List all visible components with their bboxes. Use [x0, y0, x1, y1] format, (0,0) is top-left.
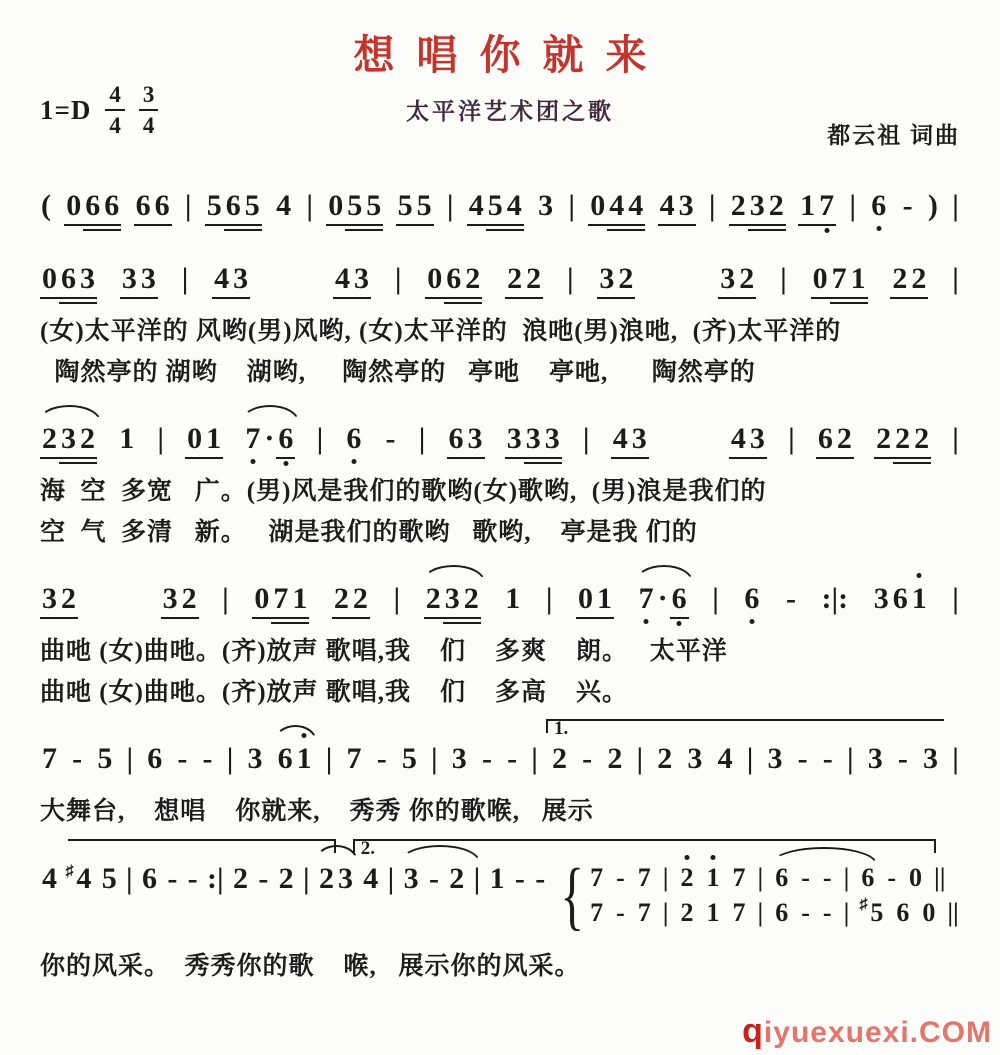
note-char: 7: [243, 422, 262, 455]
note-char: 3: [748, 189, 767, 222]
note-char: 3: [630, 422, 649, 455]
note-group: 071: [252, 582, 309, 615]
score: (06666|5654|05555|4543|04443|23217|6-)|0…: [40, 164, 960, 983]
barline: |: [757, 864, 765, 893]
note-char: 3: [352, 262, 371, 295]
note-group: -: [70, 742, 84, 775]
note-char: 3: [536, 189, 555, 222]
note-char: 1: [798, 189, 817, 222]
note-group: ♯5: [859, 899, 885, 928]
note-group: 7·6: [243, 422, 295, 455]
note-char: 3: [161, 582, 180, 615]
note-char: 2: [655, 742, 674, 775]
note-char: 2: [616, 262, 635, 295]
note-group: 0: [920, 899, 937, 928]
music-line-6: 2.4♯45|6--:|2-2|234|3-2|1--{7-7|217|6--|…: [40, 837, 960, 945]
note-char: 3: [597, 262, 616, 295]
high-octave-dot: [917, 573, 922, 578]
note-group: 6: [742, 582, 761, 615]
note-group: -: [533, 862, 547, 895]
note-group: 2: [550, 742, 569, 775]
time-signature-4-4: 4 4: [105, 83, 125, 137]
note-char: -: [614, 899, 627, 928]
note-char: 3: [336, 862, 355, 895]
note-group: 3: [402, 862, 421, 895]
note-char: 0: [185, 422, 204, 455]
note-char: -: [821, 864, 834, 893]
barline: |: [430, 742, 439, 775]
note-group: 6: [859, 864, 876, 893]
note-char: 1: [705, 899, 722, 928]
barline: ||: [933, 864, 946, 893]
two-voice-block: {7-7|217|6--|6-0||7-7|217|6--|♯560||: [554, 862, 960, 930]
note-char: 4: [467, 189, 486, 222]
note-group: 5: [95, 742, 114, 775]
music-line-3: 2321|017·6|6-|63333|4343|62222|: [40, 397, 960, 470]
note-char: -: [256, 862, 270, 895]
note-char: 0: [811, 262, 830, 295]
notation-row: (06666|5654|05555|4543|04443|23217|6-)|: [40, 189, 960, 222]
note-char: 7: [636, 864, 653, 893]
note-group: 3: [685, 742, 704, 775]
barline: |: [843, 864, 851, 893]
note-char: 2: [835, 422, 854, 455]
note-char: 2: [424, 582, 443, 615]
note-group: 6: [140, 862, 159, 895]
note-char: 7: [731, 864, 748, 893]
header-row: 1=D 4 4 3 4 太平洋艺术团之歌 都云祖 词曲: [40, 83, 960, 150]
note-group: -: [505, 742, 519, 775]
note-group: 43: [658, 189, 696, 222]
note-char: 0: [920, 899, 937, 928]
note-char: 5: [415, 189, 434, 222]
note-char: 3: [921, 742, 940, 775]
barline: ||: [946, 899, 959, 928]
note-char: -: [821, 742, 835, 775]
note-group: 062: [425, 262, 482, 295]
note-char: 3: [402, 862, 421, 895]
note-group: 1: [705, 899, 722, 928]
note-group: -: [821, 864, 834, 893]
barline: ): [927, 189, 939, 222]
lyric-line: 海 空 多宽 广。(男)风是我们的歌哟(女)歌哟, (男)浪是我们的: [40, 476, 960, 509]
note-group: -: [580, 742, 594, 775]
note-group: 6: [894, 899, 911, 928]
barline: |: [951, 742, 960, 775]
note-char: 0: [576, 582, 595, 615]
note-group: 7: [588, 899, 605, 928]
note-group: 22: [505, 262, 543, 295]
note-group: 071: [811, 262, 868, 295]
note-group: 1: [117, 422, 136, 455]
note-char: 5: [486, 189, 505, 222]
barline: |: [418, 422, 427, 455]
note-group: -: [799, 899, 812, 928]
note-char: 4: [274, 189, 293, 222]
note-char: -: [505, 742, 519, 775]
lyric-line: 你的风采。 秀秀你的歌 喉, 展示你的风采。: [40, 951, 960, 984]
note-char: 5: [868, 899, 885, 928]
note-char: 4: [505, 189, 524, 222]
note-char: 2: [605, 742, 624, 775]
note-group: 0: [907, 864, 924, 893]
note-char: 2: [767, 189, 786, 222]
music-line-4: 3232|07122|2321|017·6|6-:|:361|: [40, 557, 960, 630]
notation-row: 3232|07122|2321|017·6|6-:|:361|: [40, 582, 960, 615]
note-char: 2: [550, 742, 569, 775]
note-group: -: [256, 862, 270, 895]
note-char: 2: [180, 582, 199, 615]
note-group: 3: [536, 189, 555, 222]
barline: |: [582, 422, 591, 455]
note-group: -: [165, 862, 179, 895]
note-group: 7: [731, 864, 748, 893]
note-char: 4: [333, 262, 352, 295]
note-group: 565: [205, 189, 262, 222]
barline: |: [184, 189, 193, 222]
note-char: 6: [444, 262, 463, 295]
notation-row: 2321|017·6|6-|63333|4343|62222|: [40, 422, 960, 455]
note-char: 3: [450, 742, 469, 775]
note-group: 4: [40, 862, 59, 895]
ending-bracket: [68, 839, 337, 853]
note-char: -: [821, 899, 834, 928]
note-char: 2: [78, 422, 97, 455]
note-char: 1: [204, 422, 223, 455]
note-group: 01: [576, 582, 614, 615]
note-group: -: [201, 742, 215, 775]
sheet-music-page: 想唱你就来 1=D 4 4 3 4 太平洋艺术团之歌 都云祖 词曲 (06666…: [0, 0, 1000, 1055]
barline: |: [302, 862, 311, 895]
barline: |: [316, 422, 325, 455]
note-group: 62: [816, 422, 854, 455]
note-char: 0: [907, 864, 924, 893]
note-group: 1: [488, 862, 507, 895]
note-group: 32: [597, 262, 635, 295]
note-char: 2: [332, 582, 351, 615]
note-group: -: [821, 899, 834, 928]
note-char: -: [896, 742, 910, 775]
note-group: -: [614, 864, 627, 893]
barline: |: [662, 864, 670, 893]
note-group: 5: [100, 862, 119, 895]
note-char: 7: [830, 262, 849, 295]
barline: |: [393, 582, 402, 615]
low-octave-dot: [876, 226, 881, 231]
note-char: 3: [505, 422, 524, 455]
high-octave-dot: [685, 855, 690, 860]
note-group: 32: [718, 262, 756, 295]
note-char: 3: [748, 422, 767, 455]
note-char: 7: [345, 742, 364, 775]
lower-voice: 7-7|217|6--|♯560||: [588, 899, 960, 928]
note-group: 17: [798, 189, 836, 222]
time-signature-denominator: 4: [109, 111, 121, 137]
barline: |: [394, 262, 403, 295]
note-char: 2: [679, 899, 696, 928]
note-char: 5: [364, 189, 383, 222]
note-group: 361: [872, 582, 929, 615]
barline: |: [635, 742, 644, 775]
note-char: 1: [117, 422, 136, 455]
note-group: 2: [605, 742, 624, 775]
note-char: -: [901, 189, 915, 222]
note-group: 2: [679, 864, 696, 893]
note-group: 32: [40, 582, 78, 615]
note-group: 333: [505, 422, 562, 455]
note-group: 2: [231, 862, 250, 895]
subtitle: 太平洋艺术团之歌: [250, 93, 770, 126]
notation-row: 4♯45|6--:|2-2|234|3-2|1--{7-7|217|6--|6-…: [40, 862, 960, 930]
note-char: 7: [40, 742, 59, 775]
note-char: 4: [626, 189, 645, 222]
note-group: 2: [447, 862, 466, 895]
note-char: 6: [742, 582, 761, 615]
note-char: 2: [277, 862, 296, 895]
note-group: -: [799, 864, 812, 893]
low-octave-dot: [749, 619, 754, 624]
note-char: 2: [463, 262, 482, 295]
note-char: 0: [588, 189, 607, 222]
note-char: 2: [737, 262, 756, 295]
low-octave-dot: [677, 621, 682, 626]
note-char: 6: [224, 189, 243, 222]
note-group: 61: [276, 742, 314, 775]
note-group: 5: [400, 742, 419, 775]
note-char: 4: [361, 862, 380, 895]
voice-brace: {: [560, 862, 584, 930]
note-char: -: [70, 742, 84, 775]
barline: :|:: [821, 582, 850, 615]
note-char: 2: [40, 422, 59, 455]
note-group: 6: [773, 864, 790, 893]
note-char: 3: [40, 582, 59, 615]
music-line-2: 06333|4343|06222|3232|07122|: [40, 237, 960, 310]
time-signature-3-4: 3 4: [139, 83, 159, 137]
note-group: -: [175, 742, 189, 775]
note-char: 6: [816, 422, 835, 455]
note-char: 6: [153, 189, 172, 222]
note-char: -: [784, 582, 798, 615]
note-char: 6: [447, 422, 466, 455]
note-group: 454: [467, 189, 524, 222]
note-group: 3: [921, 742, 940, 775]
notation-row: 06333|4343|06222|3232|07122|: [40, 262, 960, 295]
note-char: 6: [859, 864, 876, 893]
note-char: -: [201, 742, 215, 775]
note-char: 6: [145, 742, 164, 775]
note-char: 3: [765, 742, 784, 775]
note-char: -: [175, 742, 189, 775]
barline: |: [125, 742, 134, 775]
barline: |: [848, 189, 857, 222]
page-title: 想唱你就来: [40, 22, 960, 81]
note-char: 6: [894, 899, 911, 928]
barline: |: [951, 262, 960, 295]
high-octave-dot: [302, 733, 307, 738]
note-group: 43: [333, 262, 371, 295]
note-char: 5: [243, 189, 262, 222]
note-group: -: [885, 864, 898, 893]
note-char: 3: [120, 262, 139, 295]
barline: |: [779, 262, 788, 295]
barline: |: [387, 862, 396, 895]
note-group: 4: [274, 189, 293, 222]
note-char: 4: [658, 189, 677, 222]
note-char: 6: [140, 862, 159, 895]
note-char: -: [480, 742, 494, 775]
barline: |: [787, 422, 796, 455]
note-group: 3: [245, 742, 264, 775]
note-group: -: [186, 862, 200, 895]
note-char: 7: [731, 899, 748, 928]
note-char: 6: [276, 422, 295, 455]
note-group: ♯4: [65, 862, 93, 895]
note-char: 2: [890, 262, 909, 295]
note-group: 01: [185, 422, 223, 455]
note-group: -: [901, 189, 915, 222]
note-group: 3: [765, 742, 784, 775]
note-char: 1: [503, 582, 522, 615]
note-char: -: [427, 862, 441, 895]
note-group: 1: [705, 864, 722, 893]
note-char: 2: [462, 582, 481, 615]
note-group: 044: [588, 189, 645, 222]
barline: |: [711, 582, 720, 615]
low-octave-dot: [824, 228, 829, 233]
note-char: 6: [891, 582, 910, 615]
note-group: 7·6: [637, 582, 689, 615]
lyric-line: 曲吔 (女)曲吔。(齐)放声 歌唱,我 们 多高 兴。: [40, 677, 960, 710]
note-char: 3: [245, 742, 264, 775]
note-char: 3: [524, 422, 543, 455]
note-group: 232: [729, 189, 786, 222]
note-char: 2: [729, 189, 748, 222]
note-char: 3: [59, 422, 78, 455]
note-char: 4: [212, 262, 231, 295]
low-octave-dot: [644, 619, 649, 624]
note-group: 232: [424, 582, 481, 615]
slur-arc: [274, 725, 318, 742]
note-group: 6: [145, 742, 164, 775]
barline: |: [226, 742, 235, 775]
note-char: ·: [656, 582, 670, 615]
barline: (: [40, 189, 52, 222]
note-char: 3: [866, 742, 885, 775]
note-group: -: [614, 899, 627, 928]
barline: |: [125, 862, 134, 895]
note-group: 066: [64, 189, 121, 222]
note-group: -: [513, 862, 527, 895]
note-char: -: [799, 864, 812, 893]
barline: |: [181, 262, 190, 295]
note-group: 33: [120, 262, 158, 295]
note-char: 3: [718, 262, 737, 295]
note-char: 2: [231, 862, 250, 895]
note-char: 2: [893, 422, 912, 455]
note-group: 7: [731, 899, 748, 928]
note-group: -: [375, 742, 389, 775]
barline: |: [566, 262, 575, 295]
note-char: 0: [326, 189, 345, 222]
barline: |: [951, 582, 960, 615]
note-group: 43: [212, 262, 250, 295]
note-char: -: [384, 422, 398, 455]
note-char: -: [580, 742, 594, 775]
note-group: 1: [503, 582, 522, 615]
note-group: -: [784, 582, 798, 615]
note-char: 6: [773, 899, 790, 928]
note-char: 6: [83, 189, 102, 222]
slur-arc: [38, 405, 101, 422]
note-char: 1: [595, 582, 614, 615]
note-group: 232: [40, 422, 97, 455]
note-char: 4: [607, 189, 626, 222]
note-char: 1: [295, 742, 314, 775]
note-char: 2: [524, 262, 543, 295]
note-char: -: [614, 864, 627, 893]
high-octave-dot: [711, 855, 716, 860]
upper-voice: 7-7|217|6--|6-0||: [588, 864, 960, 893]
note-char: 6: [134, 189, 153, 222]
note-char: 3: [139, 262, 158, 295]
note-char: 3: [543, 422, 562, 455]
lyric-line: 陶然亭的 湖哟 湖哟, 陶然亭的 亭吔 亭吔, 陶然亭的: [40, 357, 960, 390]
voice-column: 7-7|217|6--|6-0||7-7|217|6--|♯560||: [588, 864, 960, 927]
barline: |: [746, 742, 755, 775]
note-group: 43: [729, 422, 767, 455]
header-center: 太平洋艺术团之歌: [250, 83, 770, 126]
note-char: 6: [773, 864, 790, 893]
note-char: 6: [670, 582, 689, 615]
note-group: 23: [317, 862, 355, 895]
note-char: 5: [95, 742, 114, 775]
note-group: 55: [396, 189, 434, 222]
note-char: 7: [817, 189, 836, 222]
note-char: 7: [637, 582, 656, 615]
note-group: 2: [655, 742, 674, 775]
music-line-5: 1.7-5|6--|361|7-5|3--|2-2|234|3--|3-3|: [40, 717, 960, 790]
note-group: 7: [40, 742, 59, 775]
slur-arc: [422, 565, 485, 582]
note-char: 0: [64, 189, 83, 222]
note-char: 5: [205, 189, 224, 222]
note-group: 4: [716, 742, 735, 775]
note-char: 2: [447, 862, 466, 895]
barline: |: [305, 189, 314, 222]
barline: :|: [206, 862, 225, 895]
watermark: qiyuexuexi.COM: [742, 1012, 992, 1051]
note-char: 4: [716, 742, 735, 775]
note-char: 1: [488, 862, 507, 895]
note-group: 22: [890, 262, 928, 295]
note-group: 6: [869, 189, 888, 222]
note-group: 22: [332, 582, 370, 615]
note-char: 4: [74, 862, 93, 895]
note-char: ·: [262, 422, 276, 455]
note-char: 6: [344, 422, 363, 455]
note-group: 3: [866, 742, 885, 775]
barline: |: [951, 189, 960, 222]
note-char: 1: [290, 582, 309, 615]
barline: |: [156, 422, 165, 455]
note-char: 6: [869, 189, 888, 222]
note-char: 0: [425, 262, 444, 295]
notation-row: 7-5|6--|361|7-5|3--|2-2|234|3--|3-3|: [40, 742, 960, 775]
barline: |: [325, 742, 334, 775]
note-group: -: [796, 742, 810, 775]
lyric-line: 曲吔 (女)曲吔。(齐)放声 歌唱,我 们 多爽 朗。 太平洋: [40, 636, 960, 669]
